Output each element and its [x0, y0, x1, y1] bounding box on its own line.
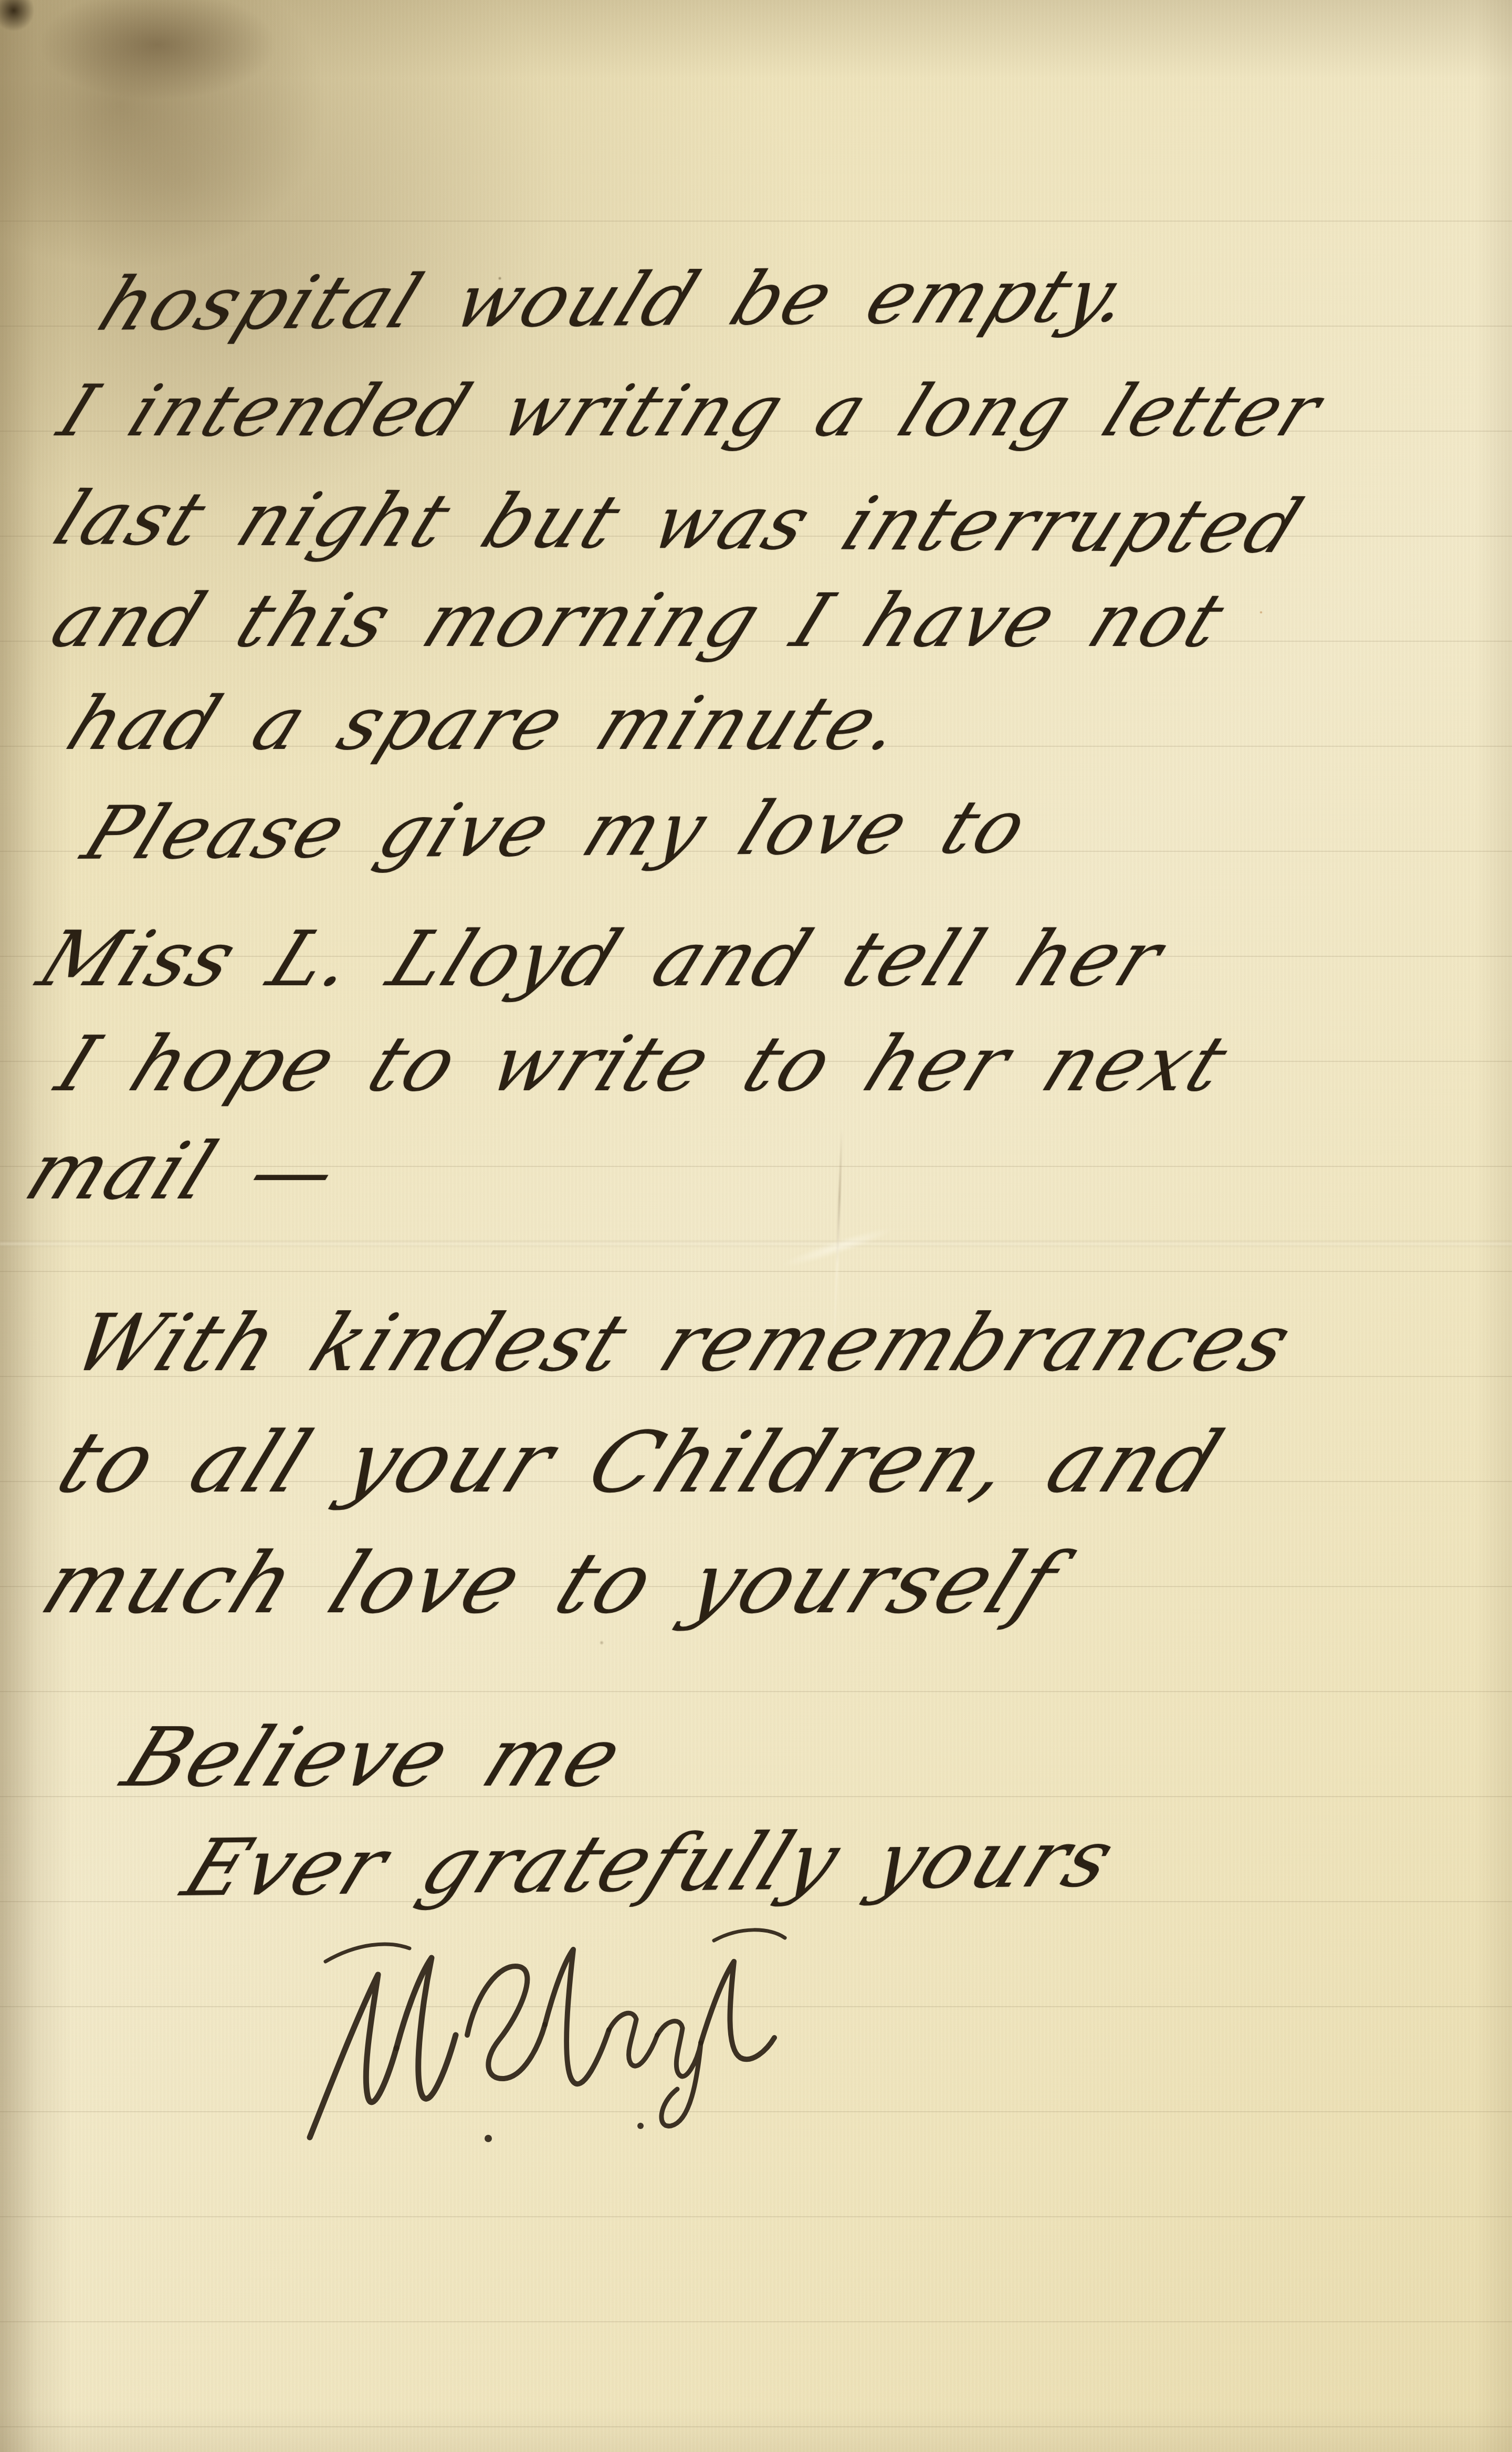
handwritten-line-8: I hope to write to her next: [47, 1026, 1239, 1102]
handwritten-line-14: Ever gratefully yours: [173, 1820, 1127, 1908]
handwritten-line-2: I intended writing a long letter: [50, 375, 1332, 446]
handwritten-line-1: hospital would be empty.: [89, 259, 1143, 342]
signature-flourish: [294, 1912, 793, 2153]
handwritten-line-3: last night but was interrupted: [45, 482, 1313, 565]
handwritten-line-12: much love to yourself: [31, 1541, 1070, 1625]
handwritten-line-6: Please give my love to: [73, 791, 1038, 871]
handwritten-line-11: to all your Children, and: [47, 1421, 1234, 1505]
handwritten-line-4: and this morning I have not: [42, 585, 1236, 658]
handwritten-line-10: With kindest remembrances: [63, 1304, 1304, 1383]
handwritten-line-13: Believe me: [113, 1717, 635, 1798]
handwritten-line-9: mail —: [16, 1132, 351, 1211]
handwritten-line-5: had a spare minute.: [58, 687, 915, 761]
letter-page: hospital would be empty. I intended writ…: [0, 0, 1512, 2452]
handwritten-line-7: Miss L. Lloyd and tell her: [29, 921, 1174, 997]
